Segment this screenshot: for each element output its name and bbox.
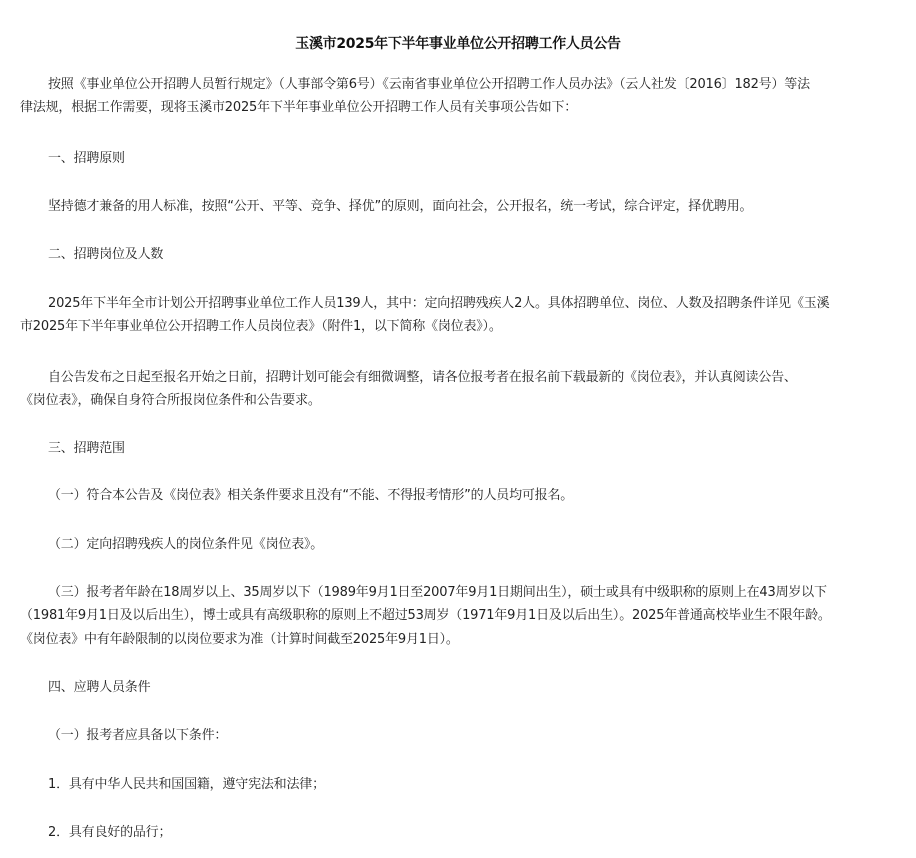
adjustment-paragraph-line-2: 《岗位表》，确保自身符合所报岗位条件和公告要求。 [20, 393, 321, 409]
document-title: 玉溪市2025年下半年事业单位公开招聘工作人员公告 [0, 33, 916, 53]
scope-item-3-line-1: （三）报考者年龄在18周岁以上、35周岁以下（1989年9月1日至2007年9月… [48, 585, 827, 601]
principles-paragraph: 坚持德才兼备的用人标准，按照“公开、平等、竞争、择优”的原则，面向社会，公开报名… [48, 199, 752, 215]
requirements-subheading: （一）报考者应具备以下条件： [48, 728, 227, 744]
section-heading-scope: 三、招聘范围 [48, 441, 125, 457]
requirement-item-2: 2．具有良好的品行； [48, 825, 171, 841]
announcement-document: 玉溪市2025年下半年事业单位公开招聘工作人员公告 按照《事业单位公开招聘人员暂… [0, 0, 916, 858]
scope-item-2: （二）定向招聘残疾人的岗位条件见《岗位表》。 [48, 537, 323, 553]
section-heading-positions: 二、招聘岗位及人数 [48, 247, 163, 263]
scope-item-3-line-2: （1981年9月1日及以后出生），博士或具有高级职称的原则上不超过53周岁（19… [20, 608, 831, 624]
adjustment-paragraph-line-1: 自公告发布之日起至报名开始之日前，招聘计划可能会有细微调整，请各位报考者在报名前… [48, 370, 797, 386]
section-heading-requirements: 四、应聘人员条件 [48, 680, 150, 696]
section-heading-principles: 一、招聘原则 [48, 151, 125, 167]
positions-paragraph-line-1: 2025年下半年全市计划公开招聘事业单位工作人员139人，其中：定向招聘残疾人2… [48, 296, 829, 312]
requirement-item-1: 1．具有中华人民共和国国籍，遵守宪法和法律； [48, 777, 325, 793]
scope-item-1: （一）符合本公告及《岗位表》相关条件要求且没有“不能、不得报考情形”的人员均可报… [48, 488, 573, 504]
positions-paragraph-line-2: 市2025年下半年事业单位公开招聘工作人员岗位表》（附件1，以下简称《岗位表》）… [20, 319, 502, 335]
scope-item-3-line-3: 《岗位表》中有年龄限制的以岗位要求为准（计算时间截至2025年9月1日）。 [20, 632, 459, 648]
intro-paragraph-line-2: 律法规，根据工作需要，现将玉溪市2025年下半年事业单位公开招聘工作人员有关事项… [20, 100, 577, 116]
intro-paragraph-line-1: 按照《事业单位公开招聘人员暂行规定》（人事部令第6号）《云南省事业单位公开招聘工… [48, 77, 810, 93]
